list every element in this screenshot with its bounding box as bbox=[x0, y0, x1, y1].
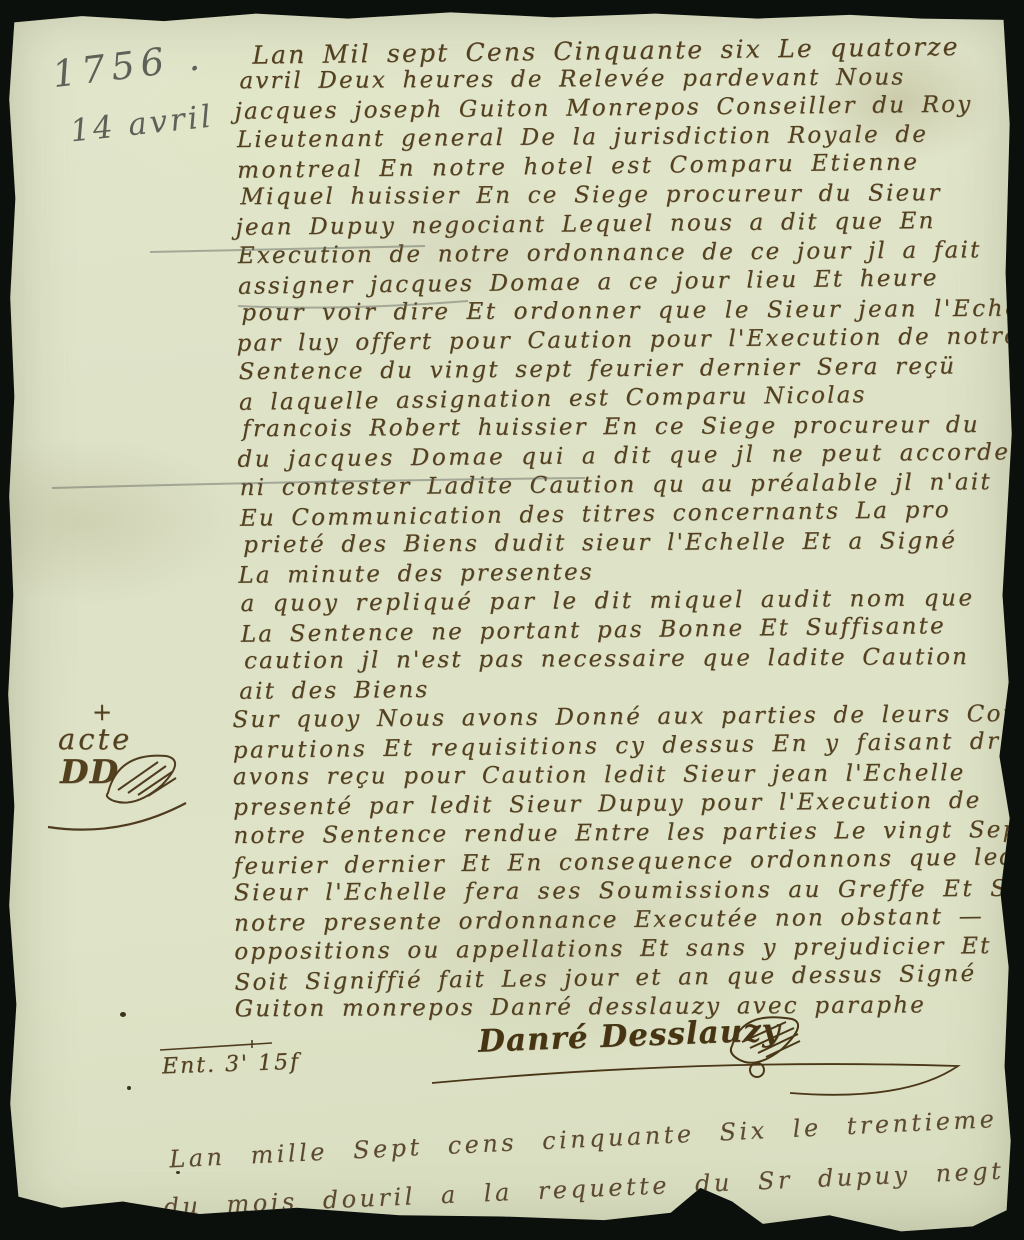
date-annotation: 14 avril bbox=[69, 99, 216, 150]
signature-flourish-line bbox=[432, 1064, 958, 1095]
year-annotation: 1756 . bbox=[50, 35, 208, 96]
addendum-block: Lan mille Sept cens cinquante Six le tre… bbox=[168, 1090, 1024, 1235]
scan-background: 1756 . 14 avril Lan Mil sept Cens Cinqua… bbox=[0, 0, 1024, 1240]
ink-speck bbox=[120, 1012, 126, 1017]
fee-note: Ent. 3' 15f bbox=[162, 1050, 301, 1080]
margin-acte-label: acte bbox=[58, 722, 132, 756]
margin-initials: DD bbox=[60, 752, 119, 791]
fee-overline bbox=[160, 1040, 272, 1050]
document-page: 1756 . 14 avril Lan Mil sept Cens Cinqua… bbox=[0, 0, 1024, 1240]
ink-speck bbox=[127, 1086, 131, 1090]
manuscript-body: Lan Mil sept Cens Cinquante six Le quato… bbox=[236, 33, 1024, 1025]
ink-speck bbox=[176, 1171, 180, 1174]
